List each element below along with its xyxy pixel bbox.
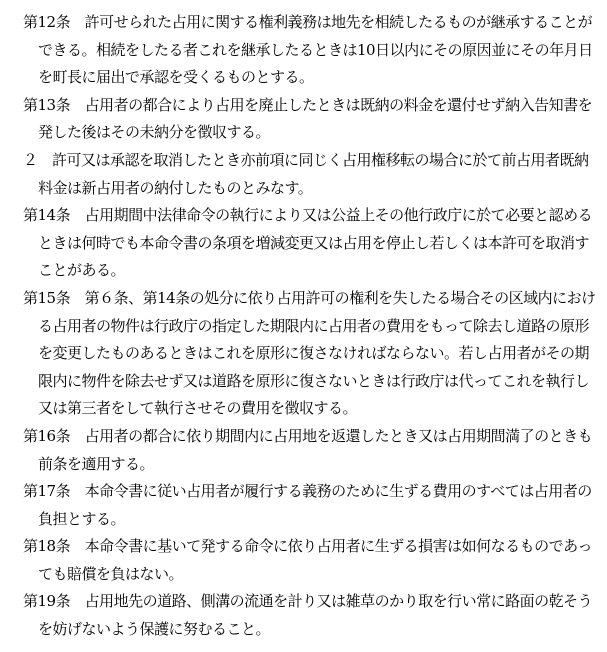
- text-line: ことがある。: [38, 257, 595, 285]
- text-line: 第17条 本命令書に従い占用者が履行する義務のために生ずる費用のすべては占用者の: [23, 478, 595, 506]
- text-line: 又は第三者をして執行させその費用を徴収する。: [38, 395, 595, 423]
- text-line: 料金は新占用者の納付したものとみなす。: [38, 175, 595, 203]
- document-page: 第12条 許可せられた占用に関する権利義務は地先を相続したるものが継承することが…: [0, 0, 607, 652]
- text-line: 第14条 占用期間中法律命令の執行により又は公益上その他行政庁に於て必要と認める: [23, 202, 595, 230]
- text-line: できる。相続をしたる者これを継承したるときは10日以内にその原因並にその年月日: [38, 37, 595, 65]
- text-line: 第13条 占用者の都合により占用を廃止したときは既納の料金を還付せず納入告知書を: [23, 92, 595, 120]
- text-line: 第15条 第６条、第14条の処分に依り占用許可の権利を失したる場合その区域内にお…: [23, 285, 595, 313]
- text-line: 第12条 許可せられた占用に関する権利義務は地先を相続したるものが継承することが: [23, 9, 595, 37]
- text-line: ても賠償を負はない。: [38, 561, 595, 589]
- legal-text-block: 第12条 許可せられた占用に関する権利義務は地先を相続したるものが継承することが…: [23, 9, 595, 644]
- text-line: を妨げないよう保護に努むること。: [38, 616, 595, 644]
- text-line: 前条を適用する。: [38, 451, 595, 479]
- text-line: ときは何時でも本命令書の条項を増減変更又は占用を停止し若しくは本許可を取消す: [38, 230, 595, 258]
- text-line: る占用者の物件は行政庁の指定した期限内に占用者の費用をもって除去し道路の原形: [38, 313, 595, 341]
- text-line: を変更したものあるときはこれを原形に復さなければならない。若し占用者がその期: [38, 340, 595, 368]
- text-line: 限内に物件を除去せず又は道路を原形に復さないときは行政庁は代ってこれを執行し: [38, 368, 595, 396]
- text-line: 負担とする。: [38, 506, 595, 534]
- text-line: 発した後はその未納分を徴収する。: [38, 119, 595, 147]
- text-line: 第18条 本命令書に基いて発する命令に依り占用者に生ずる損害は如何なるものであっ: [23, 533, 595, 561]
- text-line: 第19条 占用地先の道路、側溝の流通を計り又は雑草のかり取を行い常に路面の乾そう: [23, 588, 595, 616]
- text-line: 第16条 占用者の都合に依り期間内に占用地を返還したとき又は占用期間満了のときも: [23, 423, 595, 451]
- text-line: を町長に届出で承認を受くるものとする。: [38, 64, 595, 92]
- text-line: ２ 許可又は承認を取消したとき亦前項に同じく占用権移転の場合に於て前占用者既納: [23, 147, 595, 175]
